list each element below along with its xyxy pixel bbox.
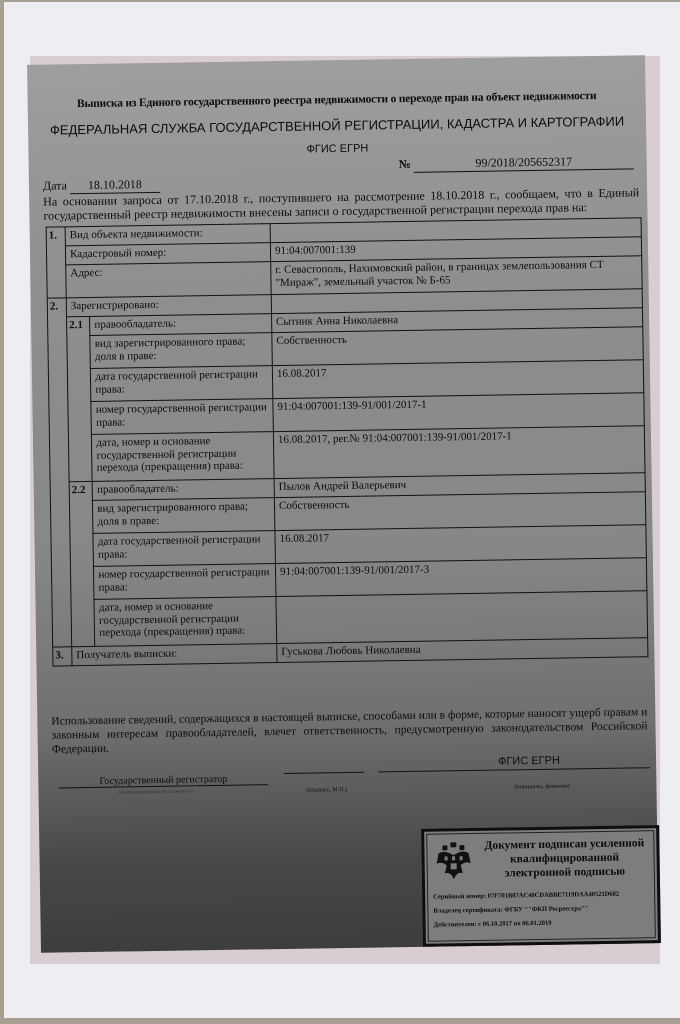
- document-title: Выписка из Единого государственного реес…: [28, 89, 646, 111]
- name-line: [378, 767, 650, 772]
- cell-value: 16.08.2017, рег.№ 91:04:007001:139-91/00…: [273, 426, 645, 479]
- agency-name: ФЕДЕРАЛЬНАЯ СЛУЖБА ГОСУДАРСТВЕННОЙ РЕГИС…: [28, 113, 646, 138]
- signature-system: ФГИС ЕГРН: [498, 755, 560, 768]
- document-number: 99/2018/205652317: [414, 153, 634, 172]
- cell-label: дата государственной регистрации права:: [91, 366, 273, 402]
- subsection-number: 2.1: [67, 316, 93, 481]
- cell-label: вид зарегистрированного права; доля в пр…: [90, 333, 272, 369]
- registrar-caption: (полное наименование должности): [118, 789, 192, 795]
- stamp-title: Документ подписан усиленной квалифициров…: [476, 836, 653, 881]
- number-label: №: [399, 157, 411, 171]
- cell-label: дата, номер и основание государственной …: [94, 597, 276, 647]
- legal-notice: Использование сведений, содержащихся в н…: [51, 705, 648, 756]
- signature-line: [284, 772, 364, 774]
- signature-block: Государственный регистратор (полное наим…: [58, 755, 650, 794]
- cell-label: Получатель выписки:: [72, 644, 277, 666]
- cell-label: Адрес:: [66, 262, 271, 298]
- date-label: Дата: [43, 178, 67, 192]
- subsection-number: 2.2: [69, 481, 95, 646]
- signature-caption: (подпись, М.П.): [306, 787, 347, 794]
- document-date: 18.10.2018: [70, 177, 160, 194]
- section-number: 1.: [46, 227, 66, 298]
- name-caption: (инициалы, фамилия): [514, 783, 569, 790]
- cell-value: [276, 591, 648, 644]
- cell-label: дата государственной регистрации права:: [93, 531, 275, 567]
- document-date-row: Дата 18.10.2018: [43, 177, 160, 195]
- e-signature-stamp: Документ подписан усиленной квалифициров…: [421, 825, 661, 947]
- cell-label: вид зарегистрированного права; доля в пр…: [93, 498, 275, 534]
- registry-table: 1. Вид объекта недвижимости: Кадастровый…: [46, 217, 649, 666]
- coat-of-arms-icon: [434, 841, 473, 882]
- document-number-row: № 99/2018/205652317: [399, 153, 634, 173]
- registrar-line: Государственный регистратор: [58, 773, 268, 788]
- cell-label: номер государственной регистрации права:: [94, 564, 276, 600]
- cell-label: дата, номер и основание государственной …: [92, 432, 274, 482]
- document-print: Выписка из Единого государственного реес…: [27, 55, 659, 953]
- cell-label: номер государственной регистрации права:: [91, 399, 273, 435]
- section-number: 3.: [53, 647, 72, 666]
